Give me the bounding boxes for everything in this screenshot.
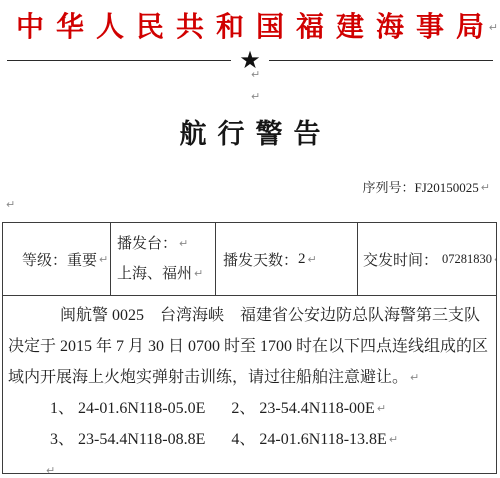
broadcast-station-label: 播发台：↵	[117, 229, 188, 259]
paragraph-mark-icon: ↵	[489, 22, 498, 33]
paragraph-mark-icon: ↵	[194, 267, 203, 280]
warning-text-line: 域内开展海上火炮实弹射击训练，请过往船舶注意避让。↵	[8, 362, 490, 393]
warning-text-line: 闽航警 0025 台湾海峡 福建省公安边防总队海警第三支队	[8, 300, 490, 331]
paragraph-mark-icon: ↵	[99, 254, 108, 265]
warning-info-table: 等级：重要↵ 播发台：↵ 上海、福州↵ 播发天数：2↵ 交发时间：0728183…	[2, 222, 497, 474]
navigation-warning-document: { "icons": { "paragraph_mark": "↵", "sta…	[0, 0, 500, 478]
coordinate-index: 1、	[50, 400, 74, 417]
broadcast-days-label: 播发天数：	[223, 249, 298, 270]
paragraph-mark-icon: ↵	[494, 254, 496, 265]
empty-paragraph: ↵	[8, 455, 490, 473]
divider-line-right	[269, 60, 493, 61]
paragraph-mark-icon: ↵	[481, 181, 490, 194]
coordinate-value: 24-01.6N118-05.0E	[78, 400, 205, 417]
coordinates-line-2: 3、23-54.4N118-08.8E4、24-01.6N118-13.8E↵	[8, 424, 490, 455]
paragraph-mark-icon: ↵	[410, 371, 419, 384]
document-title: 航行警告	[0, 112, 500, 151]
broadcast-days-cell: 播发天数：2↵	[216, 223, 358, 295]
info-table-header-row: 等级：重要↵ 播发台：↵ 上海、福州↵ 播发天数：2↵ 交发时间：0728183…	[3, 223, 496, 296]
issue-time-value: 07281830	[442, 252, 492, 267]
paragraph-mark-icon: ↵	[46, 464, 55, 473]
issue-time-label: 交发时间：	[363, 249, 438, 270]
coordinate-index: 3、	[50, 431, 74, 448]
coordinate-value: 23-54.4N118-00E	[259, 400, 374, 417]
star-divider: ★	[7, 48, 493, 72]
serial-number-line: 序列号：FJ20150025↵	[362, 177, 490, 196]
paragraph-mark-icon: ↵	[389, 433, 398, 446]
warning-text-line: 决定于 2015 年 7 月 30 日 0700 时至 1700 时在以下四点连…	[8, 331, 490, 362]
serial-number-label: 序列号：	[362, 180, 414, 195]
coordinate-index: 4、	[231, 431, 255, 448]
issue-time-cell: 交发时间：07281830↵	[358, 223, 496, 295]
paragraph-mark-icon: ↵	[251, 69, 260, 80]
paragraph-mark-icon: ↵	[308, 254, 317, 265]
coordinate-index: 2、	[231, 400, 255, 417]
broadcast-station-value: 上海、福州↵	[117, 259, 203, 289]
coordinate-value: 23-54.4N118-08.8E	[78, 431, 205, 448]
serial-number-value: FJ20150025	[414, 180, 478, 195]
paragraph-mark-icon: ↵	[377, 402, 386, 415]
level-label: 等级：	[22, 249, 67, 270]
paragraph-mark-icon: ↵	[179, 237, 188, 250]
coordinates-line-1: 1、24-01.6N118-05.0E2、23-54.4N118-00E↵	[8, 393, 490, 424]
level-value: 重要	[67, 249, 97, 270]
broadcast-days-value: 2	[298, 251, 306, 268]
paragraph-mark-icon: ↵	[6, 199, 15, 210]
divider-line-left	[7, 60, 231, 61]
coordinate-value: 24-01.6N118-13.8E	[259, 431, 386, 448]
broadcast-station-cell: 播发台：↵ 上海、福州↵	[111, 223, 216, 295]
level-cell: 等级：重要↵	[3, 223, 111, 295]
authority-title: 中华人民共和国福建海事局	[0, 5, 500, 45]
paragraph-mark-icon: ↵	[251, 91, 260, 102]
warning-body-cell: 闽航警 0025 台湾海峡 福建省公安边防总队海警第三支队 决定于 2015 年…	[3, 296, 496, 473]
